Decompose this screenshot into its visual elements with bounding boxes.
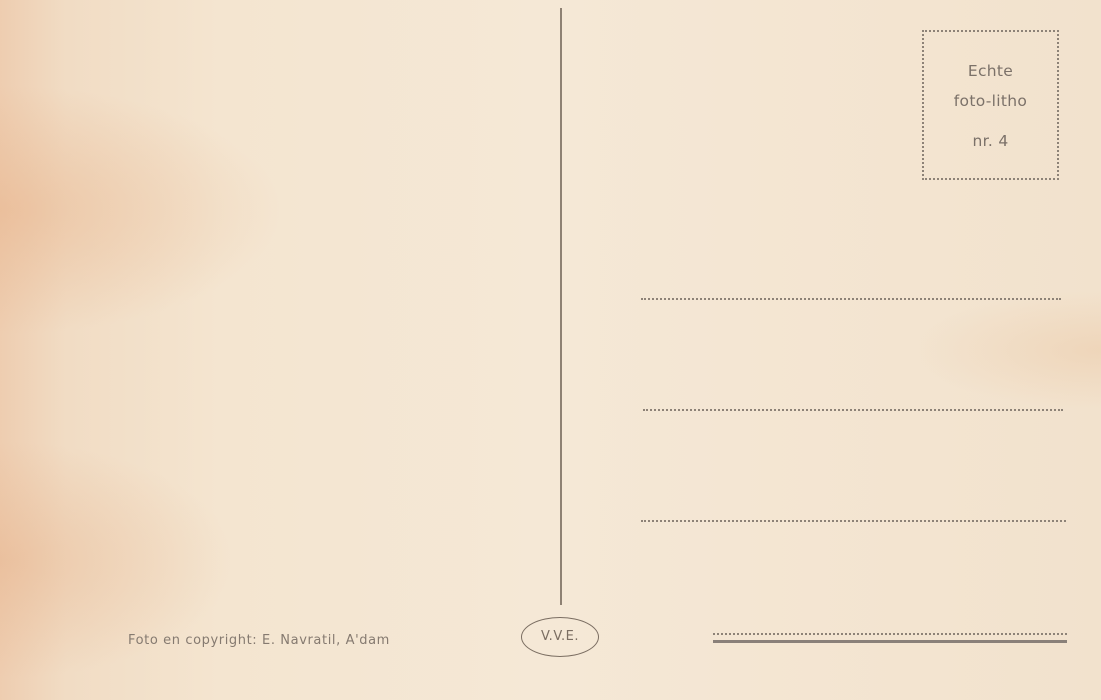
stamp-box-line-2: foto-litho (924, 92, 1057, 110)
center-divider-line (560, 8, 562, 605)
stamp-box-line-1: Echte (924, 62, 1057, 80)
address-line-3 (641, 520, 1066, 522)
photo-credit: Foto en copyright: E. Navratil, A'dam (128, 633, 390, 648)
stamp-box: Echte foto-litho nr. 4 (922, 30, 1059, 180)
address-line-1 (641, 298, 1061, 300)
address-line-4 (713, 633, 1067, 635)
postcard-back: Echte foto-litho nr. 4 Foto en copyright… (0, 0, 1101, 700)
address-line-4-rule (713, 640, 1067, 643)
publisher-logo: V.V.E. (521, 617, 599, 657)
address-line-2 (643, 409, 1063, 411)
stamp-box-line-3: nr. 4 (924, 132, 1057, 150)
perforated-edge (0, 0, 1101, 3)
